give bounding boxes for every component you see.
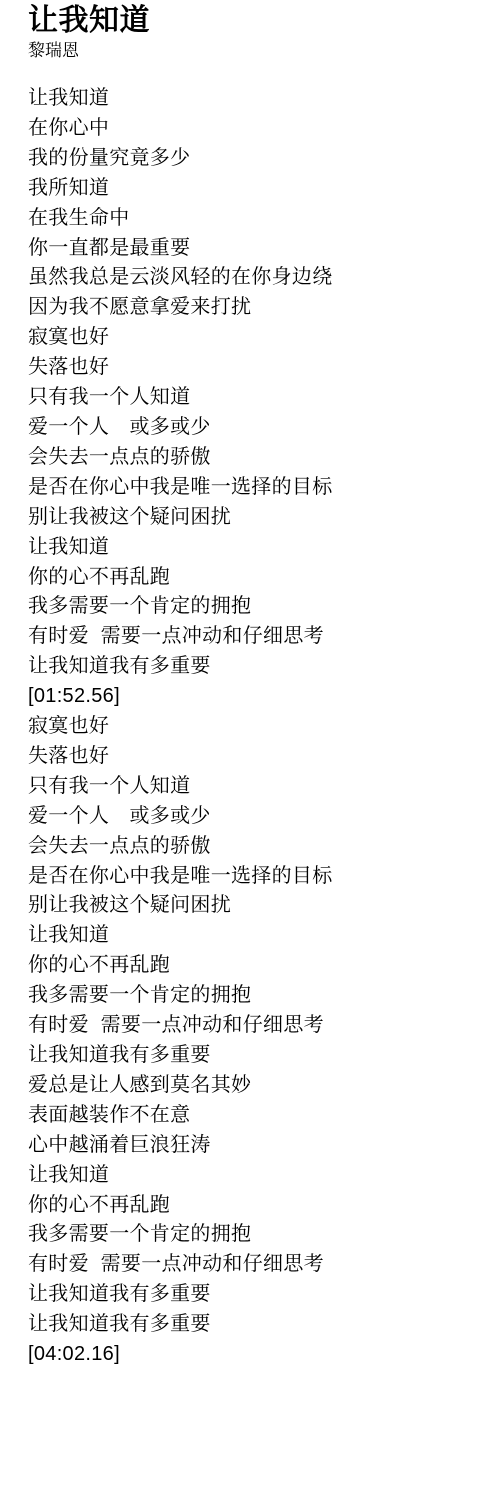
lyrics-page: 让我知道 黎瑞恩 让我知道在你心中我的份量究竟多少我所知道在我生命中你一直都是最… <box>0 0 500 1370</box>
lyric-line: 我多需要一个肯定的拥抱 <box>28 1220 480 1250</box>
artist-name: 黎瑞恩 <box>28 41 480 61</box>
lyric-line: 爱一个人 或多或少 <box>28 802 480 832</box>
lyric-line: 你一直都是最重要 <box>28 234 480 264</box>
lyric-line: 寂寞也好 <box>28 712 480 742</box>
lyric-line: 让我知道 <box>28 921 480 951</box>
lyric-line: 虽然我总是云淡风轻的在你身边绕 <box>28 263 480 293</box>
lyric-line: 让我知道我有多重要 <box>28 1310 480 1340</box>
timestamp-line: [04:02.16] <box>28 1340 480 1370</box>
lyric-line: 让我知道我有多重要 <box>28 652 480 682</box>
lyric-line: 心中越涌着巨浪狂涛 <box>28 1131 480 1161</box>
lyric-line: 有时爱 需要一点冲动和仔细思考 <box>28 622 480 652</box>
lyric-line: 我所知道 <box>28 174 480 204</box>
lyric-line: 别让我被这个疑问困扰 <box>28 503 480 533</box>
lyric-line: 是否在你心中我是唯一选择的目标 <box>28 473 480 503</box>
lyric-line: 在你心中 <box>28 114 480 144</box>
lyric-line: 我多需要一个肯定的拥抱 <box>28 981 480 1011</box>
lyric-line: 让我知道 <box>28 533 480 563</box>
lyric-line: 让我知道 <box>28 84 480 114</box>
lyric-line: 我的份量究竟多少 <box>28 144 480 174</box>
lyric-line: 失落也好 <box>28 353 480 383</box>
lyric-line: 爱一个人 或多或少 <box>28 413 480 443</box>
lyrics-container: 让我知道在你心中我的份量究竟多少我所知道在我生命中你一直都是最重要虽然我总是云淡… <box>28 84 480 1370</box>
lyric-line: 让我知道我有多重要 <box>28 1041 480 1071</box>
lyric-line: 表面越装作不在意 <box>28 1101 480 1131</box>
lyric-line: 让我知道我有多重要 <box>28 1280 480 1310</box>
lyric-line: 会失去一点点的骄傲 <box>28 443 480 473</box>
lyric-line: 爱总是让人感到莫名其妙 <box>28 1071 480 1101</box>
lyric-line: 有时爱 需要一点冲动和仔细思考 <box>28 1011 480 1041</box>
lyric-line: 别让我被这个疑问困扰 <box>28 891 480 921</box>
lyric-line: 只有我一个人知道 <box>28 772 480 802</box>
lyric-line: 在我生命中 <box>28 204 480 234</box>
lyric-line: 有时爱 需要一点冲动和仔细思考 <box>28 1250 480 1280</box>
lyric-line: 会失去一点点的骄傲 <box>28 832 480 862</box>
song-title: 让我知道 <box>28 4 480 37</box>
lyric-line: 失落也好 <box>28 742 480 772</box>
timestamp-line: [01:52.56] <box>28 682 480 712</box>
lyric-line: 只有我一个人知道 <box>28 383 480 413</box>
lyric-line: 因为我不愿意拿爱来打扰 <box>28 293 480 323</box>
lyric-line: 让我知道 <box>28 1161 480 1191</box>
lyric-line: 是否在你心中我是唯一选择的目标 <box>28 862 480 892</box>
lyric-line: 你的心不再乱跑 <box>28 1191 480 1221</box>
lyric-line: 你的心不再乱跑 <box>28 951 480 981</box>
lyric-line: 你的心不再乱跑 <box>28 563 480 593</box>
lyric-line: 寂寞也好 <box>28 323 480 353</box>
lyric-line: 我多需要一个肯定的拥抱 <box>28 592 480 622</box>
